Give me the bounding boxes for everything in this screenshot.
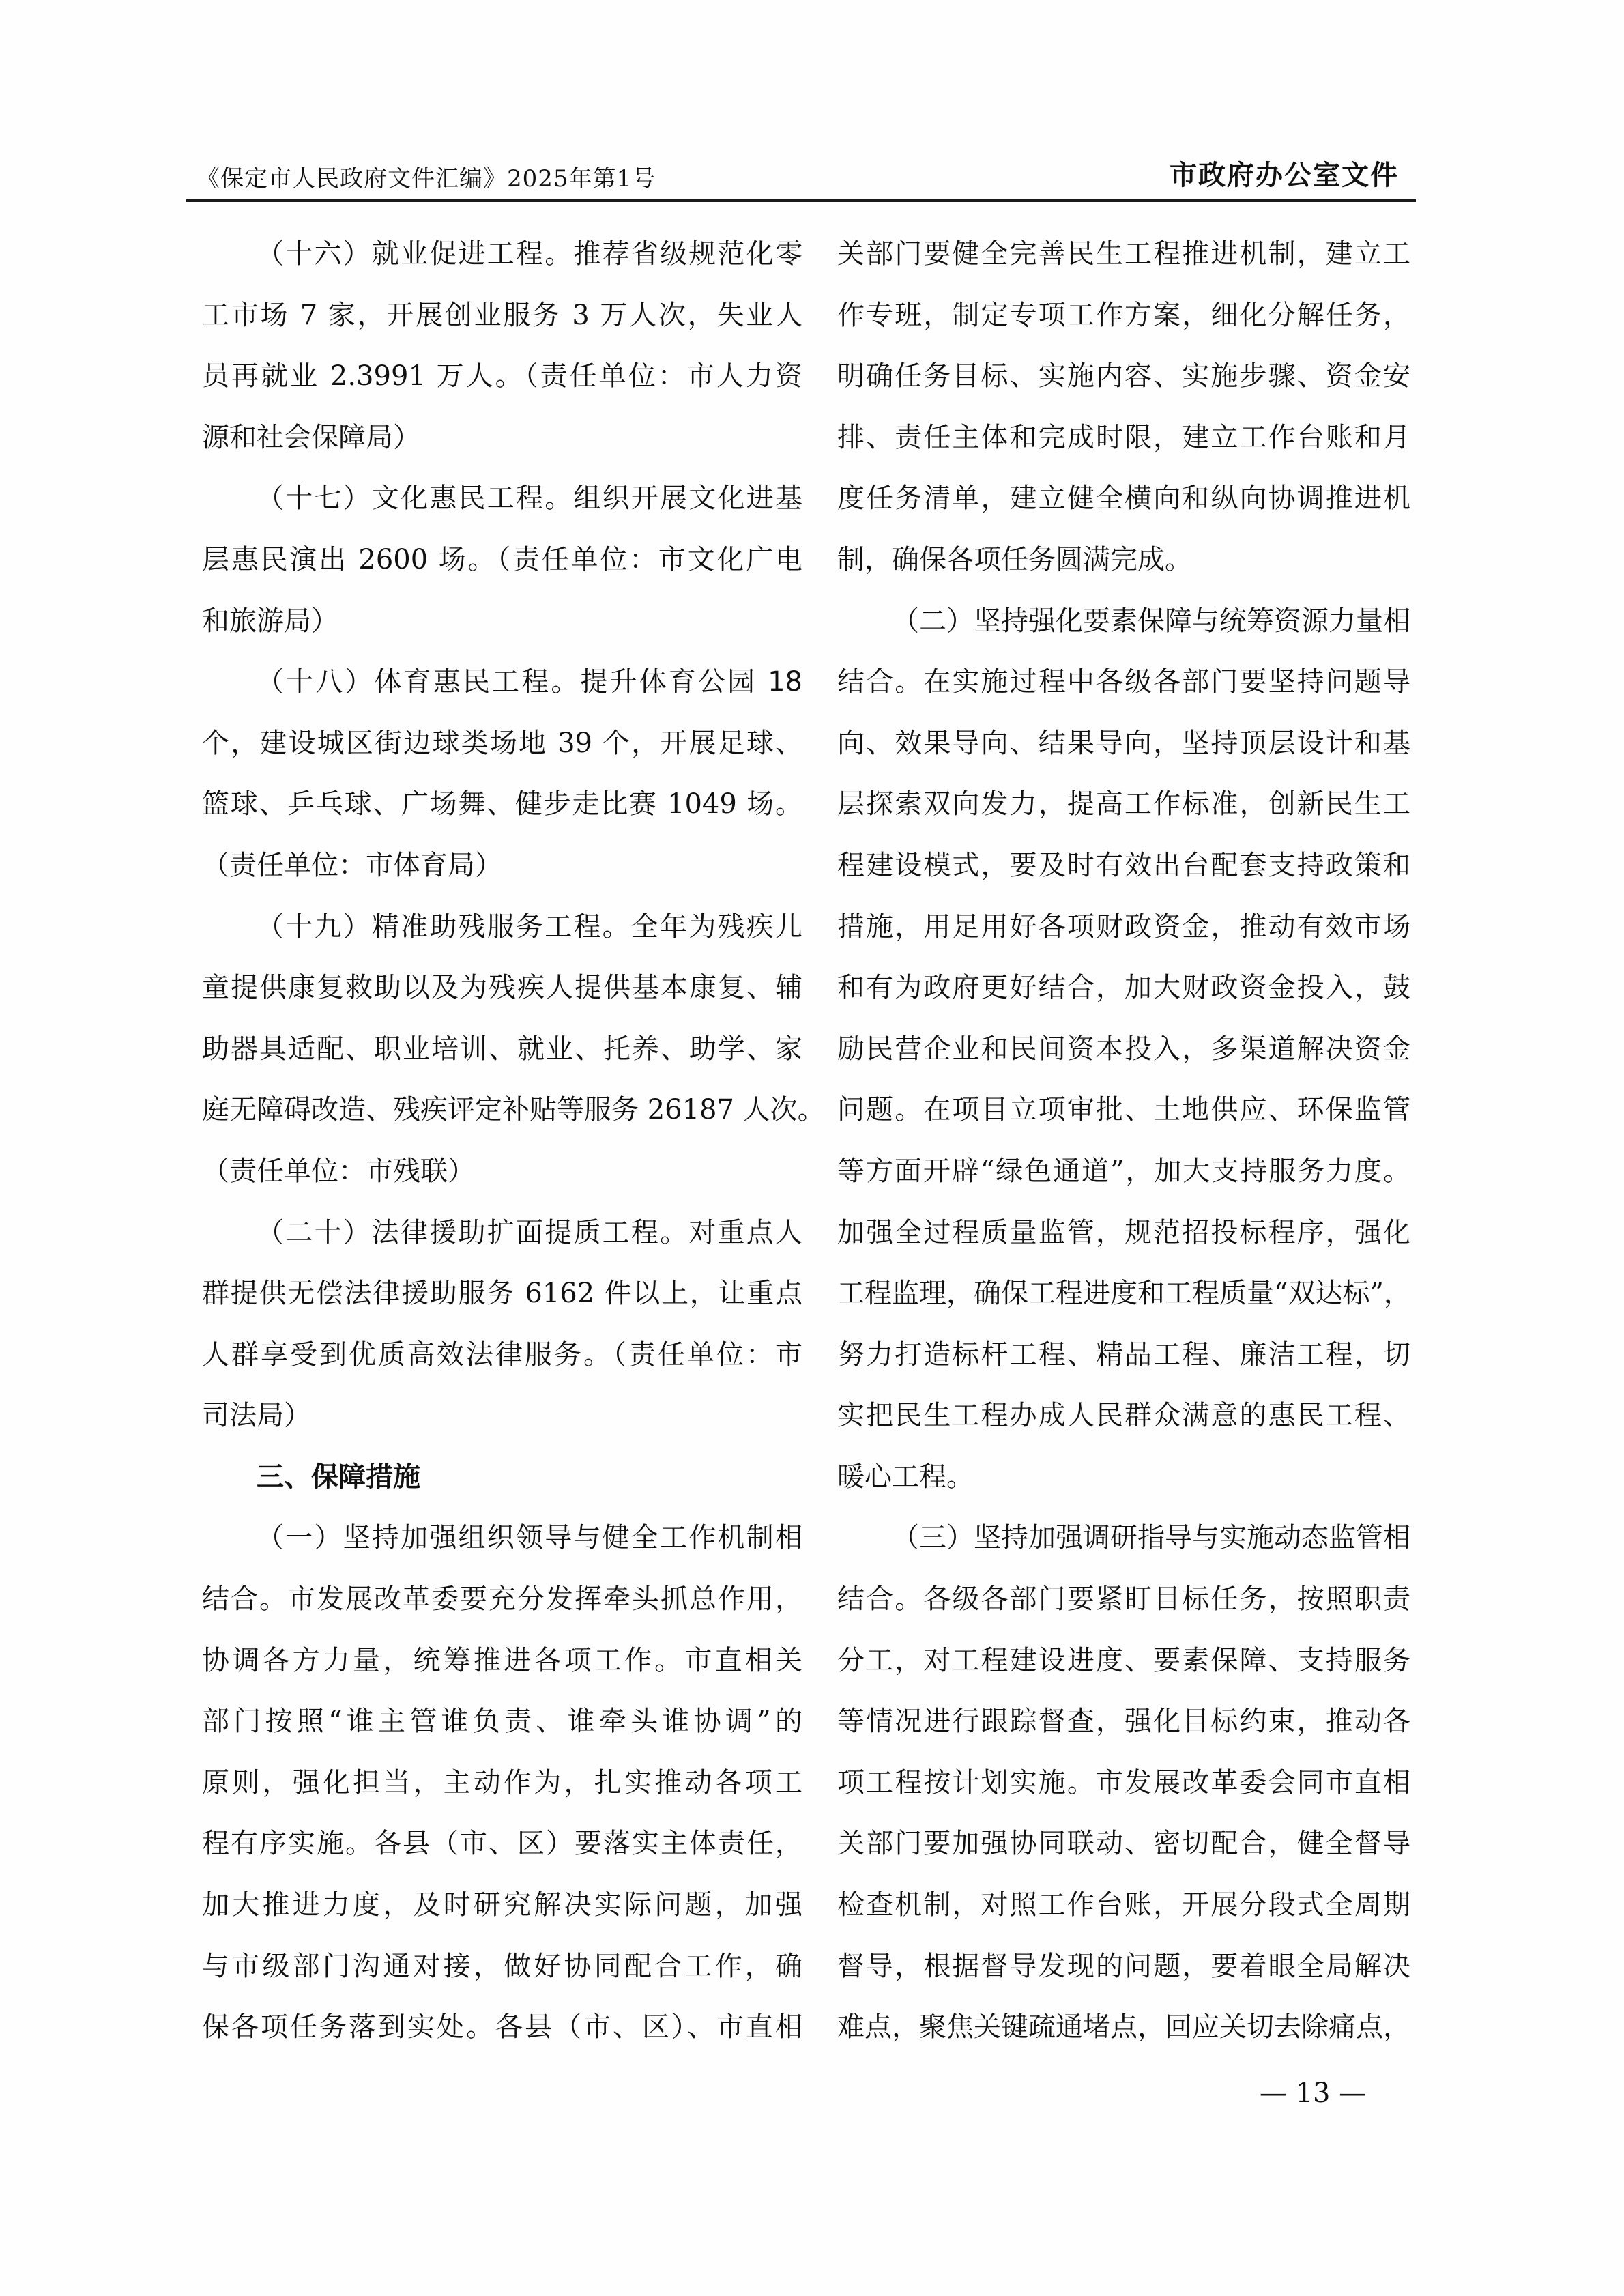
text-line: 检查机制，对照工作台账，开展分段式全周期	[837, 1875, 1410, 1936]
text-line: 加强全过程质量监管，规范招投标程序，强化	[837, 1203, 1410, 1264]
text-line: （二十）法律援助扩面提质工程。对重点人	[202, 1203, 802, 1264]
text-line: 人群享受到优质高效法律服务。（责任单位：市	[202, 1325, 802, 1386]
text-line: 程建设模式，要及时有效出台配套支持政策和	[837, 835, 1410, 897]
page-number: — 13 —	[1254, 2075, 1372, 2112]
text-line: 励民营企业和民间资本投入，多渠道解决资金	[837, 1019, 1410, 1080]
text-line: 助器具适配、职业培训、就业、托养、助学、家	[202, 1019, 802, 1080]
text-line: （责任单位：市残联）	[202, 1141, 802, 1203]
text-line: （十七）文化惠民工程。组织开展文化进基	[202, 468, 802, 530]
text-line: 实把民生工程办成人民群众满意的惠民工程、	[837, 1386, 1410, 1447]
text-line: 层探索双向发力，提高工作标准，创新民生工	[837, 774, 1410, 835]
text-line: （一）坚持加强组织领导与健全工作机制相	[202, 1508, 802, 1569]
text-line: 童提供康复救助以及为残疾人提供基本康复、辅	[202, 958, 802, 1019]
text-line: 篮球、乒乓球、广场舞、健步走比赛 1049 场。	[202, 774, 802, 835]
text-line: 等方面开辟“绿色通道”，加大支持服务力度。	[837, 1141, 1410, 1203]
text-line: 保各项任务落到实处。各县（市、区）、市直相	[202, 1997, 802, 2058]
document-page: 《保定市人民政府文件汇编》2025年第1号 市政府办公室文件 （十六）就业促进工…	[0, 0, 1624, 2296]
text-line: （责任单位：市体育局）	[202, 835, 802, 897]
text-line: （十九）精准助残服务工程。全年为残疾儿	[202, 897, 802, 958]
text-line: 工市场 7 家，开展创业服务 3 万人次，失业人	[202, 285, 802, 347]
document-category: 市政府办公室文件	[1170, 158, 1399, 192]
text-line: 层惠民演出 2600 场。（责任单位：市文化广电	[202, 530, 802, 591]
text-line: 暖心工程。	[837, 1447, 1410, 1508]
left-column: （十六）就业促进工程。推荐省级规范化零工市场 7 家，开展创业服务 3 万人次，…	[202, 224, 802, 2058]
text-line: 源和社会保障局）	[202, 407, 802, 469]
text-line: （十八）体育惠民工程。提升体育公园 18	[202, 652, 802, 713]
text-line: 加大推进力度，及时研究解决实际问题，加强	[202, 1875, 802, 1936]
text-line: （三）坚持加强调研指导与实施动态监管相	[837, 1508, 1410, 1569]
text-line: 个，建设城区街边球类场地 39 个，开展足球、	[202, 713, 802, 775]
text-line: （二）坚持强化要素保障与统筹资源力量相	[837, 591, 1410, 652]
text-line: 关部门要健全完善民生工程推进机制，建立工	[837, 224, 1410, 285]
publication-title: 《保定市人民政府文件汇编》2025年第1号	[197, 164, 656, 194]
text-line: 向、效果导向、结果导向，坚持顶层设计和基	[837, 713, 1410, 775]
header-rule	[186, 199, 1416, 202]
text-line: 部门按照“谁主管谁负责、谁牵头谁协调”的	[202, 1691, 802, 1753]
text-line: 程有序实施。各县（市、区）要落实主体责任，	[202, 1813, 802, 1875]
text-line: 员再就业 2.3991 万人。（责任单位：市人力资	[202, 346, 802, 407]
text-line: 制，确保各项任务圆满完成。	[837, 530, 1410, 591]
text-line: 明确任务目标、实施内容、实施步骤、资金安	[837, 346, 1410, 407]
text-line: 度任务清单，建立健全横向和纵向协调推进机	[837, 468, 1410, 530]
text-line: 分工，对工程建设进度、要素保障、支持服务	[837, 1631, 1410, 1692]
text-line: （十六）就业促进工程。推荐省级规范化零	[202, 224, 802, 285]
text-line: 协调各方力量，统筹推进各项工作。市直相关	[202, 1631, 802, 1692]
text-line: 工程监理，确保工程进度和工程质量“双达标”，	[837, 1263, 1410, 1325]
text-line: 与市级部门沟通对接，做好协同配合工作，确	[202, 1936, 802, 1998]
text-line: 关部门要加强协同联动、密切配合，健全督导	[837, 1813, 1410, 1875]
text-line: 和有为政府更好结合，加大财政资金投入，鼓	[837, 958, 1410, 1019]
text-line: 司法局）	[202, 1386, 802, 1447]
text-line: 难点，聚焦关键疏通堵点，回应关切去除痛点，	[837, 1997, 1410, 2058]
text-line: 结合。市发展改革委要充分发挥牵头抓总作用，	[202, 1569, 802, 1631]
right-column: 关部门要健全完善民生工程推进机制，建立工作专班，制定专项工作方案，细化分解任务，…	[837, 224, 1410, 2058]
text-line: 措施，用足用好各项财政资金，推动有效市场	[837, 897, 1410, 958]
text-line: 和旅游局）	[202, 591, 802, 652]
text-line: 三、保障措施	[202, 1447, 802, 1508]
text-line: 项工程按计划实施。市发展改革委会同市直相	[837, 1753, 1410, 1814]
text-line: 排、责任主体和完成时限，建立工作台账和月	[837, 407, 1410, 469]
text-line: 问题。在项目立项审批、土地供应、环保监管	[837, 1080, 1410, 1141]
text-line: 努力打造标杆工程、精品工程、廉洁工程，切	[837, 1325, 1410, 1386]
text-line: 等情况进行跟踪督查，强化目标约束，推动各	[837, 1691, 1410, 1753]
text-line: 作专班，制定专项工作方案，细化分解任务，	[837, 285, 1410, 347]
text-line: 结合。在实施过程中各级各部门要坚持问题导	[837, 652, 1410, 713]
text-line: 原则，强化担当，主动作为，扎实推动各项工	[202, 1753, 802, 1814]
text-line: 群提供无偿法律援助服务 6162 件以上，让重点	[202, 1263, 802, 1325]
text-line: 结合。各级各部门要紧盯目标任务，按照职责	[837, 1569, 1410, 1631]
text-line: 庭无障碍改造、残疾评定补贴等服务 26187 人次。	[202, 1080, 802, 1141]
text-line: 督导，根据督导发现的问题，要着眼全局解决	[837, 1936, 1410, 1998]
